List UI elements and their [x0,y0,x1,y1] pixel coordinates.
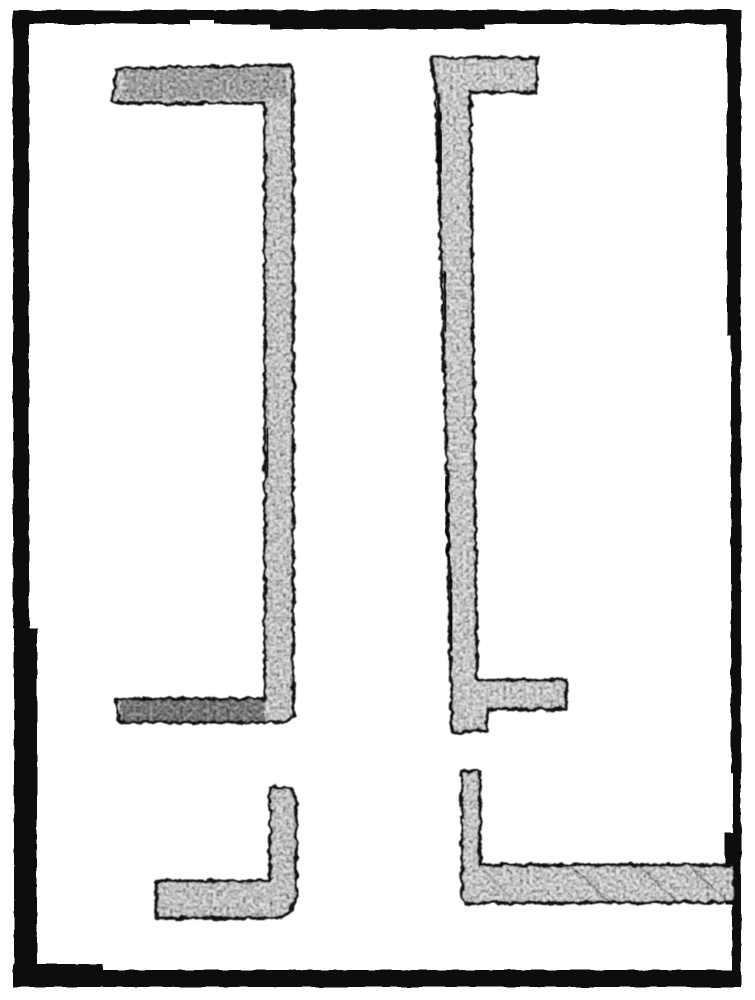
edge-tick-1 [267,430,268,476]
outer-wall-bottom [13,970,741,987]
edge-tick-8 [438,95,441,170]
outer-wall-right-narrow [733,773,741,833]
outer-wall-right-upper [727,10,741,335]
outer-wall-left-lower [14,628,37,970]
outer-wall-right-mid [731,335,741,773]
edge-tick-7 [450,574,452,650]
top-border-notch [190,20,214,25]
floor-plan-stage [0,0,755,1000]
outer-wall-left-upper [13,10,29,628]
outer-wall-top [13,10,741,24]
floor-plan-svg [0,0,755,1000]
map-background [0,0,755,1000]
edge-tick-5 [444,272,446,330]
outer-border-layer [0,0,755,1000]
left-wall-lower-arm-shade [121,700,264,721]
outer-wall-bottom-step [13,964,103,971]
outer-wall-top-step [270,24,485,29]
left-wall-top-arm-shade [124,68,286,99]
edge-tick-3 [291,90,292,160]
